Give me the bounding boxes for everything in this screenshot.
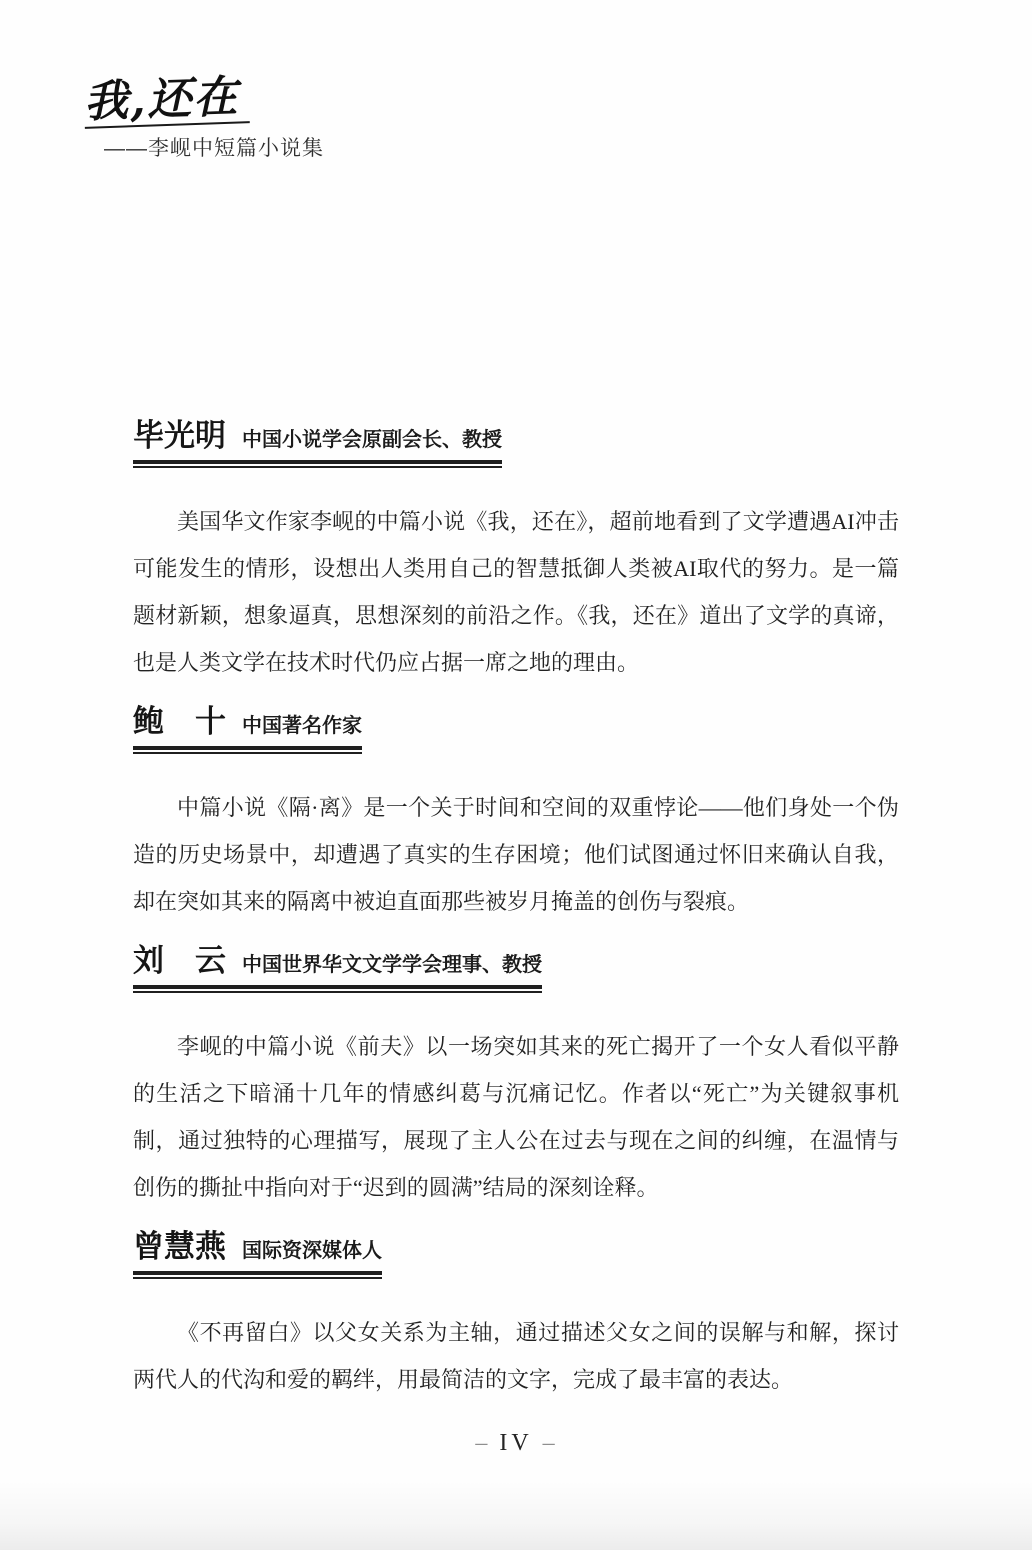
endorsement-text: 中篇小说《隔·离》是一个关于时间和空间的双重悖论——他们身处一个伪造的历史场景中… [133, 784, 899, 925]
scan-shadow [0, 1480, 1032, 1550]
endorser-title: 中国小说学会原副会长、教授 [242, 429, 502, 451]
section-head-baoshi: 鲍 十中国著名作家 [133, 696, 362, 750]
book-logo: 我,还在 ——李岘中短篇小说集 [84, 78, 324, 162]
page-number-footer: –IV– [0, 1430, 1032, 1457]
section-head-zenghuiyan: 曾慧燕国际资深媒体人 [133, 1221, 382, 1275]
book-title-calligraphy: 我,还在 [83, 75, 250, 129]
endorser-name: 曾慧燕 [133, 1229, 226, 1264]
book-page: 我,还在 ——李岘中短篇小说集 毕光明中国小说学会原副会长、教授 美国华文作家李… [0, 0, 1032, 1550]
endorsement-text: 李岘的中篇小说《前夫》以一场突如其来的死亡揭开了一个女人看似平静的生活之下暗涌十… [133, 1023, 899, 1211]
footer-dash-right: – [533, 1430, 567, 1456]
book-subtitle: ——李岘中短篇小说集 [104, 132, 324, 162]
endorsement-text: 美国华文作家李岘的中篇小说《我，还在》，超前地看到了文学遭遇AI冲击可能发生的情… [133, 498, 899, 686]
endorsements-content: 毕光明中国小说学会原副会长、教授 美国华文作家李岘的中篇小说《我，还在》，超前地… [133, 410, 899, 1403]
endorser-title: 中国著名作家 [242, 715, 362, 737]
endorser-title: 中国世界华文文学学会理事、教授 [242, 954, 542, 976]
section-head-biguangming: 毕光明中国小说学会原副会长、教授 [133, 410, 502, 464]
endorser-name: 鲍 十 [133, 704, 226, 739]
endorser-name: 刘 云 [133, 943, 226, 978]
page-number: IV [499, 1430, 532, 1456]
section-head-liuyun: 刘 云中国世界华文文学学会理事、教授 [133, 935, 542, 989]
endorser-title: 国际资深媒体人 [242, 1240, 382, 1262]
footer-dash-left: – [465, 1430, 499, 1456]
endorsement-text: 《不再留白》以父女关系为主轴，通过描述父女之间的误解与和解，探讨两代人的代沟和爱… [133, 1309, 899, 1403]
endorser-name: 毕光明 [133, 418, 226, 453]
